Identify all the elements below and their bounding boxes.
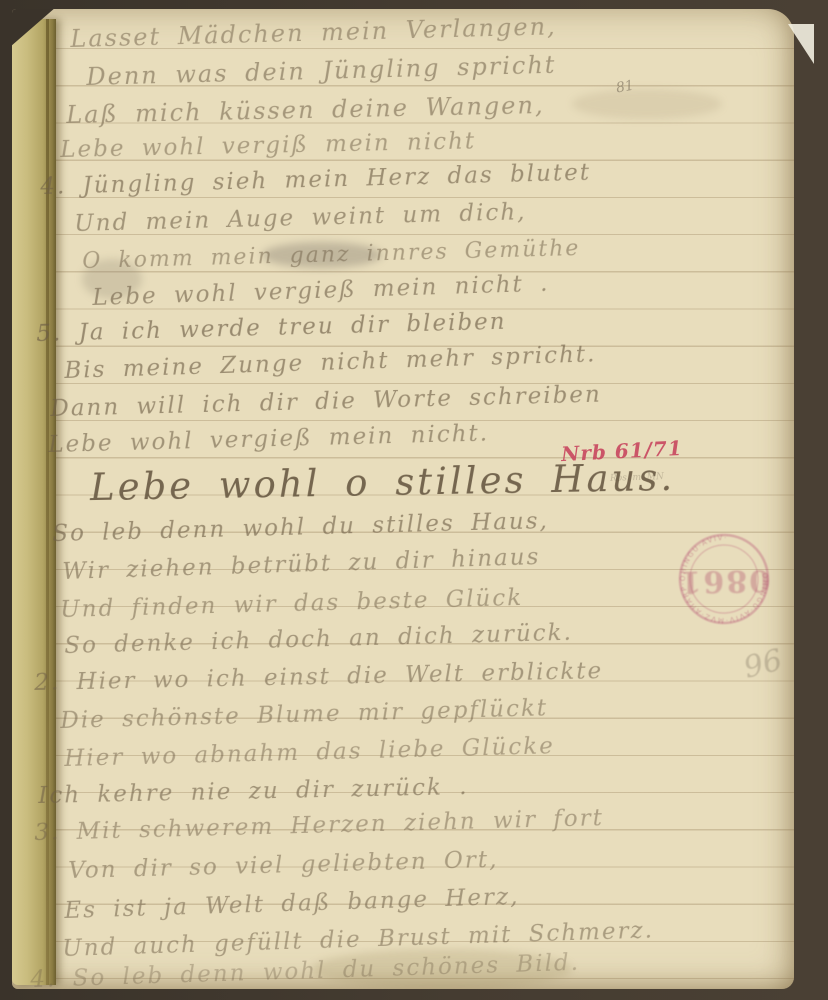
paper-stain bbox=[572, 89, 722, 119]
pencil-page-number-top: 81 bbox=[615, 78, 635, 97]
stamp-number: 0861 bbox=[678, 562, 770, 599]
pencil-margin-note: Ros. m. MN bbox=[610, 472, 664, 484]
manuscript-page: Lasset Mädchen mein Verlangen,Denn was d… bbox=[12, 9, 794, 989]
library-stamp: OHINGU·AVIV·MVZ·AHARP·OHINGU·AVIV· 0861 bbox=[667, 522, 781, 636]
scanned-manuscript: Lasset Mädchen mein Verlangen,Denn was d… bbox=[0, 0, 828, 1000]
